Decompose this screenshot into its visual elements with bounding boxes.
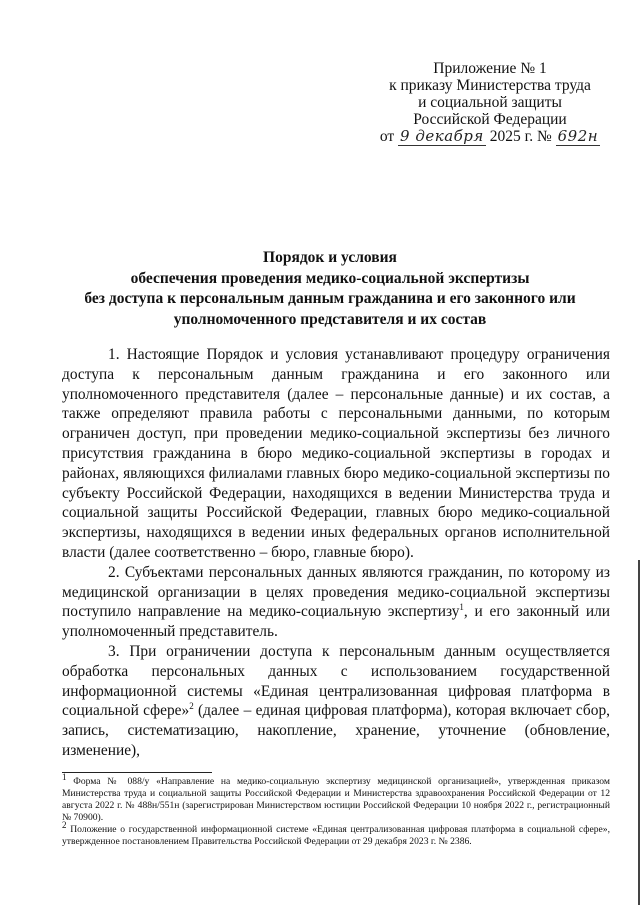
title-line-2: обеспечения проведения медико-социальной…	[60, 269, 600, 290]
handwritten-date: 9 декабря	[398, 127, 486, 146]
document-title: Порядок и условия обеспечения проведения…	[60, 248, 600, 330]
date-prefix: от	[380, 128, 394, 145]
title-line-4: уполномоченного представителя и их соста…	[60, 310, 600, 331]
appendix-header: Приложение № 1 к приказу Министерства тр…	[340, 60, 640, 145]
footnote-2: 2 Положение о государственной информацио…	[62, 824, 610, 848]
title-line-3: без доступа к персональным данным гражда…	[60, 289, 600, 310]
footnotes: 1 Форма № 088/у «Направление на медико-с…	[62, 776, 610, 848]
handwritten-order-number: 692н	[556, 127, 601, 146]
year-text: 2025 г. №	[490, 128, 552, 145]
paragraph-2: 2. Субъектами персональных данных являют…	[62, 563, 610, 642]
document-body: 1. Настоящие Порядок и условия устанавли…	[62, 345, 610, 761]
paragraph-1: 1. Настоящие Порядок и условия устанавли…	[62, 345, 610, 563]
appendix-ministry: и социальной защиты	[340, 94, 640, 111]
appendix-country: Российской Федерации	[340, 111, 640, 128]
appendix-date-line: от 9 декабря 2025 г. № 692н	[340, 128, 640, 145]
appendix-number: Приложение № 1	[340, 60, 640, 77]
document-page: Приложение № 1 к приказу Министерства тр…	[0, 0, 640, 905]
footnote-separator	[62, 772, 212, 773]
appendix-order-ref: к приказу Министерства труда	[340, 77, 640, 94]
footnote-2-text: Положение о государственной информационн…	[62, 824, 610, 847]
footnote-1: 1 Форма № 088/у «Направление на медико-с…	[62, 776, 610, 824]
paragraph-3: 3. При ограничении доступа к персональны…	[62, 642, 610, 761]
title-line-1: Порядок и условия	[60, 248, 600, 269]
footnote-1-text: Форма № 088/у «Направление на медико-соц…	[62, 776, 610, 823]
